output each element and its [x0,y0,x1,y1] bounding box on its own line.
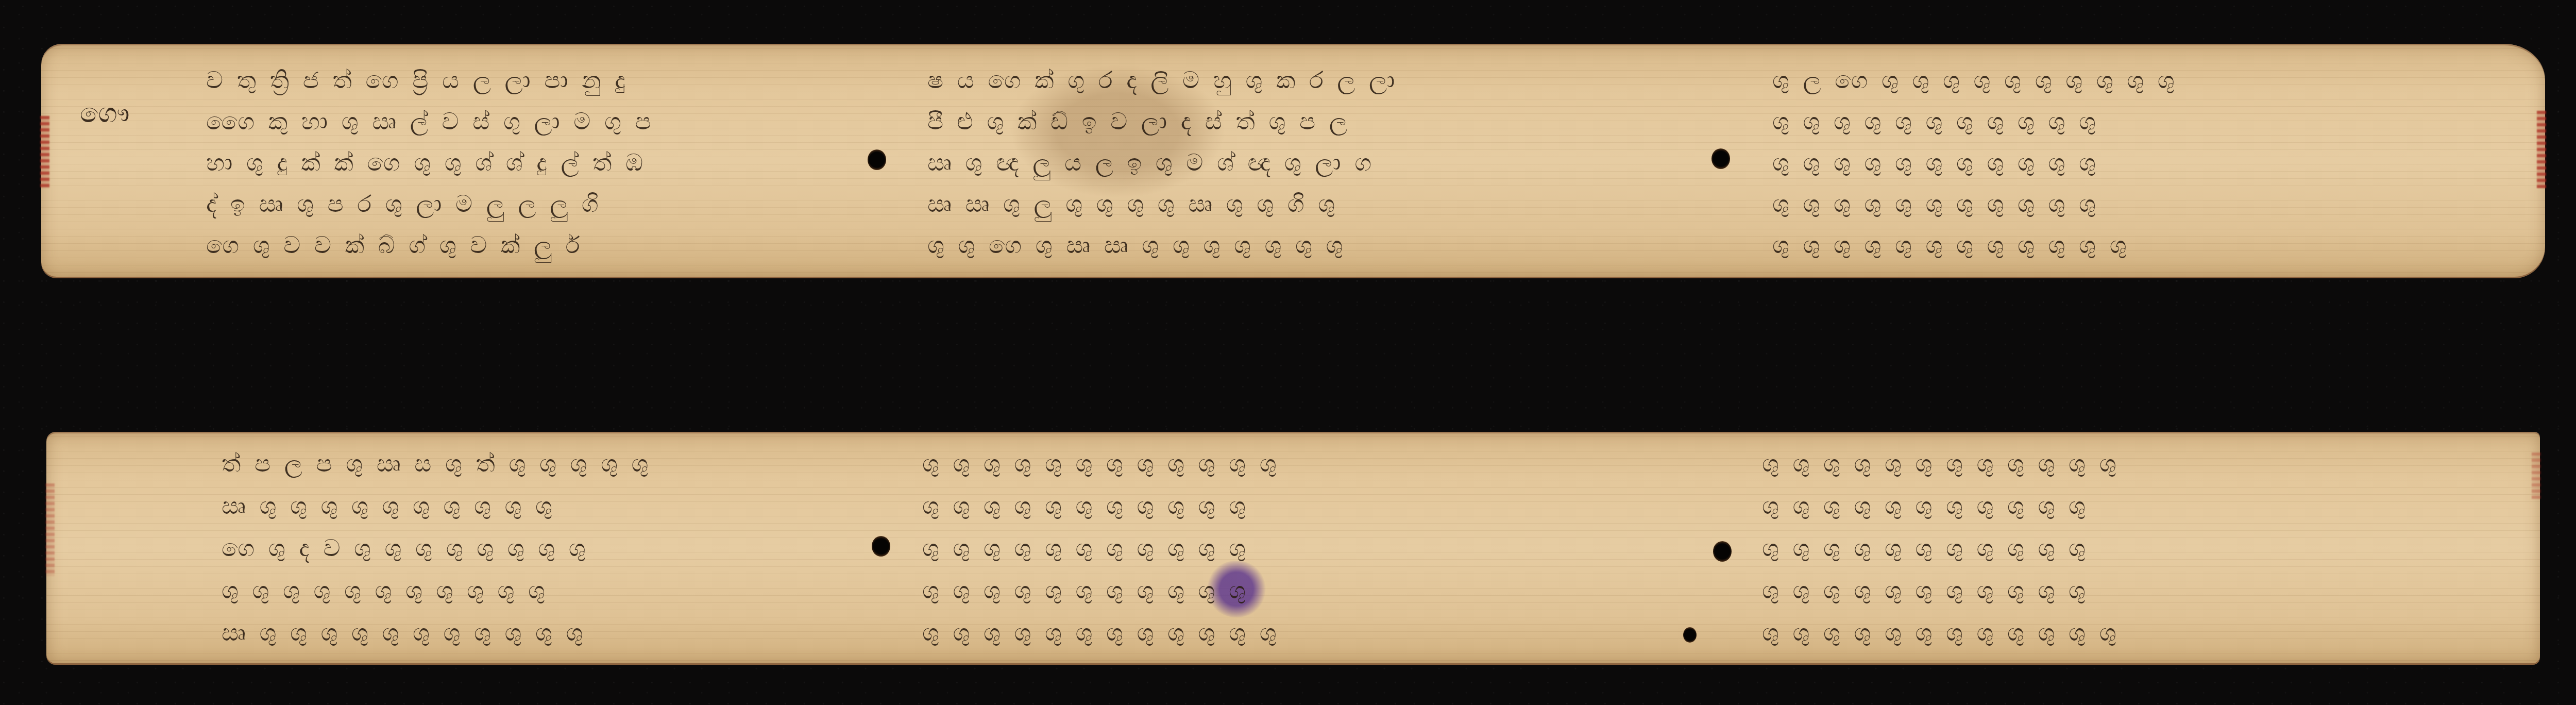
script-line: ඍ ශු ශු ශු ශු ශු ශු ශු ශු ශු ශු [222,487,860,524]
script-line: ද් ඉ ඍ ශු ප ර ශු ලා ම ලු ල ලු ගි [206,185,855,222]
script-line: ත් ප ල ප ශු ඍ ස ශු ත් ශු ශු ශු ශු ශු [222,445,860,482]
string-hole [868,149,886,170]
script-line: ශු ශු ශු ශු ශු ශු ශු ශු ශු ශු ශු [922,529,1685,566]
script-line: ශු ශු ශු ශු ශු ශු ශු ශු ශු ශු ශු ශු [922,445,1685,482]
red-edge-pigment [2537,111,2546,188]
palm-leaf-bottom: ත් ප ල ප ශු ඍ ස ශු ත් ශු ශු ශු ශු ශු ඍ ශ… [46,432,2540,665]
string-hole [1711,148,1730,169]
red-edge-pigment [2532,452,2541,499]
insect-damage-hole [1683,627,1697,643]
script-line: ශු ශු ශු ශු ශු ශු ශු ශු ශු ශු ශු [222,572,860,609]
script-line: ශු ශු ශු ශු ශු ශු ශු ශු ශු ශු ශු [1762,529,2442,566]
script-line: හා ශු දු ක් ක් ගෙ ශු ශු ශ් ශ් දු ල් ත් ඹ [206,144,855,181]
script-line: ශු ල ගෙ ශු ශු ශු ශු ශු ශු ශු ශු ශු ශු [1772,61,2442,98]
script-line: ගෛ කු හා ශු ඍ ල් ව ස් ගු ලා ම ගු ප [206,103,855,140]
script-line: පී ළු ශු ක් ඩ් ඉ ව ලා ද ස් ත් ශු ප ල [927,103,1690,140]
script-line: ශු ශු ශු ශු ශු ශු ශු ශු ශු ශු ශු [922,572,1685,609]
palm-leaf-top: ගෞ ව තු ත්‍රි ජ ත් ගෙ ප්‍රි ය ල ලා පා නු… [41,44,2545,278]
script-line: ශු ශු ශු ශු ශු ශු ශු ශු ශු ශු ශු ශු [1762,614,2442,651]
script-line: ශු ශු ගෙ ශු ඍ ඍ ශු ශු ශු ශු ශු ශු ශු [927,226,1690,263]
string-hole [1713,541,1732,562]
script-line: ඍ ශු ඥ ලු ය ල ඉ ශු ම ශ් ඥ ශු ලා ග [927,144,1690,181]
script-line: ශු ශු ශු ශු ශු ශු ශු ශු ශු ශු ශු [1762,487,2442,524]
red-edge-pigment [40,116,49,188]
script-line: ශු ශු ශු ශු ශු ශු ශු ශු ශු ශු ශු ශු [1762,445,2442,482]
script-line: ෂ ය ගෙ ක් ගු ර ද ලි ම හු ශු ක ර ල ලා [927,61,1690,98]
text-column-middle: ශු ශු ශු ශු ශු ශු ශු ශු ශු ශු ශු ශු ශු ශ… [922,442,1685,653]
text-column-right: ශු ශු ශු ශු ශු ශු ශු ශු ශු ශු ශු ශු ශු ශ… [1762,442,2442,653]
script-line: ශු ශු ශු ශු ශු ශු ශු ශු ශු ශු ශු ශු [1772,226,2442,263]
script-line: ශු ශු ශු ශු ශු ශු ශු ශු ශු ශු ශු [1772,144,2442,181]
text-column-left: ත් ප ල ප ශු ඍ ස ශු ත් ශු ශු ශු ශු ශු ඍ ශ… [222,442,860,653]
script-line: ඍ ශු ශු ශු ශු ශු ශු ශු ශු ශු ශු ශු [222,614,860,651]
folio-marginal-mark: ගෞ [80,98,130,129]
script-line: ඍ ඍ ශු ලු ශු ශු ශු ශු ඍ ශු ශු ගි ශු [927,185,1690,222]
script-line: ශු ශු ශු ශු ශු ශු ශු ශු ශු ශු ශු ශු [922,614,1685,651]
script-line: ශු ශු ශු ශු ශු ශු ශු ශු ශු ශු ශු [1772,185,2442,222]
script-line: ශු ශු ශු ශු ශු ශු ශු ශු ශු ශු ශු [1772,103,2442,140]
script-line: ව තු ත්‍රි ජ ත් ගෙ ප්‍රි ය ල ලා පා නු දු [206,61,855,98]
text-column-middle: ෂ ය ගෙ ක් ගු ර ද ලි ම හු ශු ක ර ල ලා පී … [927,59,1690,265]
script-line: ගෙ ශු ද ව ශු ශු ශු ශු ශු ශු ශු ශු [222,529,860,566]
red-edge-pigment [45,483,55,576]
text-column-right: ශු ල ගෙ ශු ශු ශු ශු ශු ශු ශු ශු ශු ශු ශු… [1772,59,2442,265]
script-line: ගෙ ශු ව ව ක් බ් ග් ශු ව ක් ලු ර් [206,226,855,263]
string-hole [872,536,890,557]
script-line: ශු ශු ශු ශු ශු ශු ශු ශු ශු ශු ශු [922,487,1685,524]
script-line: ශු ශු ශු ශු ශු ශු ශු ශු ශු ශු ශු [1762,572,2442,609]
text-column-left: ව තු ත්‍රි ජ ත් ගෙ ප්‍රි ය ල ලා පා නු දු… [206,59,855,265]
